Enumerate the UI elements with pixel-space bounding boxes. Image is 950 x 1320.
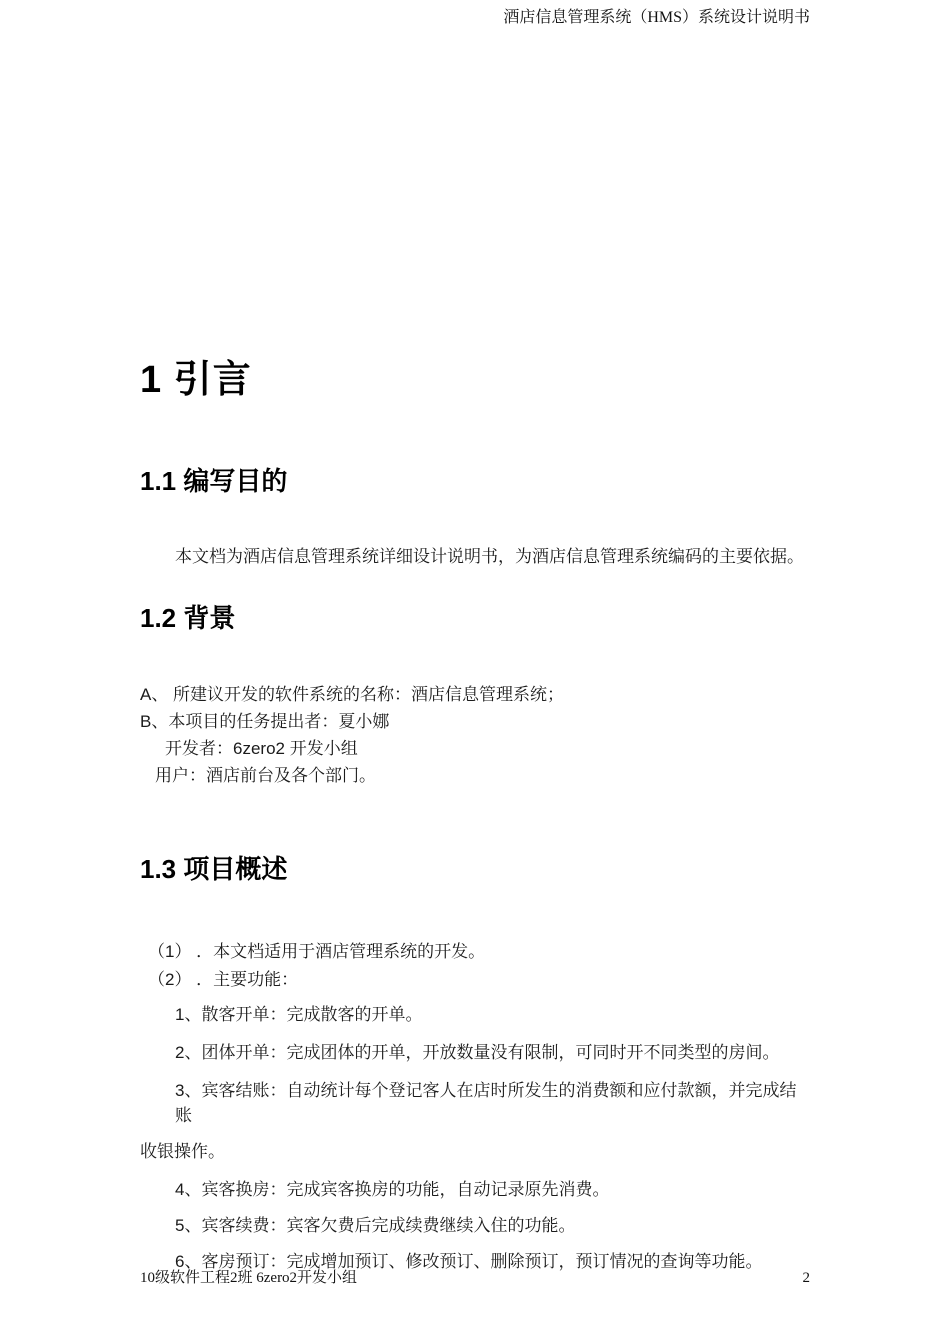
overview-func-4: 4、宾客换房：完成宾客换房的功能，自动记录原先消费。 <box>175 1175 810 1200</box>
overview-item-2: （2） ．主要功能： <box>148 966 810 994</box>
overview-list: （1） ．本文档适用于酒店管理系统的开发。 （2） ．主要功能： 1、散客开单：… <box>140 938 810 1272</box>
overview-func-1: 1、散客开单：完成散客的开单。 <box>175 1000 810 1025</box>
overview-func-3-continued: 收银操作。 <box>140 1137 810 1162</box>
overview-item-1: （1） ．本文档适用于酒店管理系统的开发。 <box>148 938 810 966</box>
background-line-user: 用户：酒店前台及各个部门。 <box>155 762 810 789</box>
background-lines: A、 所建议开发的软件系统的名称：酒店信息管理系统； B、本项目的任务提出者：夏… <box>140 681 810 789</box>
document-page: 酒店信息管理系统（HMS）系统设计说明书 1 引言 1.1 编写目的 本文档为酒… <box>0 0 950 1320</box>
page-footer: 10级软件工程2班 6zero2开发小组 2 <box>140 1266 810 1287</box>
heading-1-1-purpose: 1.1 编写目的 <box>140 461 810 498</box>
document-body: 1 引言 1.1 编写目的 本文档为酒店信息管理系统详细设计说明书，为酒店信息管… <box>140 340 810 1272</box>
overview-func-2: 2、团体开单：完成团体的开单，开放数量没有限制，可同时开不同类型的房间。 <box>175 1038 810 1063</box>
overview-func-5: 5、宾客续费：宾客欠费后完成续费继续入住的功能。 <box>175 1211 810 1236</box>
heading-1-intro: 1 引言 <box>140 348 810 403</box>
page-header: 酒店信息管理系统（HMS）系统设计说明书 <box>140 8 810 28</box>
heading-1-3-overview: 1.3 项目概述 <box>140 849 810 886</box>
purpose-paragraph: 本文档为酒店信息管理系统详细设计说明书，为酒店信息管理系统编码的主要依据。 <box>140 546 810 568</box>
footer-page-number: 2 <box>803 1270 811 1287</box>
overview-func-3: 3、宾客结账：自动统计每个登记客人在店时所发生的消费额和应付款额，并完成结账 <box>175 1076 810 1126</box>
heading-1-2-background: 1.2 背景 <box>140 598 810 635</box>
background-line-developer: 开发者：6zero2 开发小组 <box>165 735 810 762</box>
footer-team-label: 10级软件工程2班 6zero2开发小组 <box>140 1266 357 1287</box>
background-line-a: A、 所建议开发的软件系统的名称：酒店信息管理系统； <box>140 681 810 708</box>
background-line-b: B、本项目的任务提出者：夏小娜 <box>140 708 810 735</box>
